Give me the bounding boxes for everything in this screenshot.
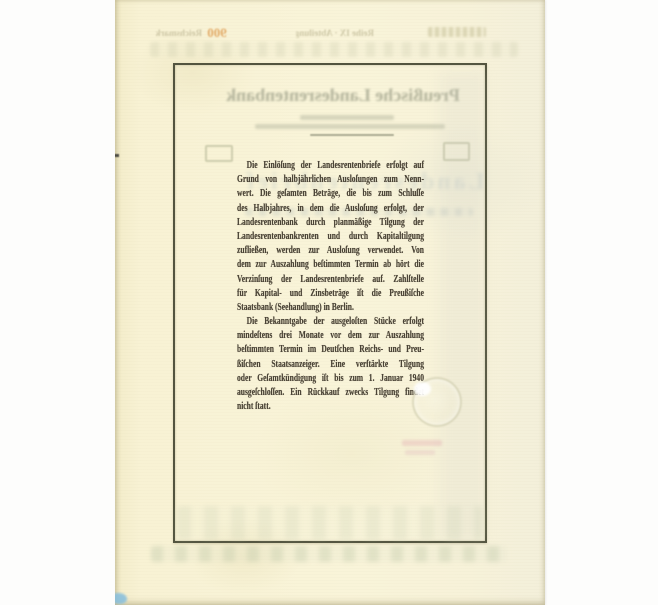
bleed-denomination-value: 900 (203, 25, 231, 41)
text-line: Verzinſung der Landesrentenbriefe auf. Z… (237, 272, 424, 286)
bleed-guilloche-band (150, 42, 518, 57)
text-line: ausgeſchloſſen. Ein Rückkauf zwecks Tilg… (237, 385, 424, 399)
text-line: Staatsbank (Seehandlung) in Berlin. (237, 300, 424, 314)
text-line: Landesrentenbank durch planmäßige Tilgun… (237, 215, 424, 229)
text-line: Landesrentenbankrenten und durch Kapital… (237, 229, 424, 243)
body-text: Die Einlöſung der Landesrentenbriefe erf… (237, 158, 425, 413)
text-line: wert. Die geſamten Beträge, die bis zum … (237, 186, 424, 200)
edge-tick-mark (115, 154, 119, 157)
text-line: beſtimmten Termin im Deutſchen Reichs- u… (237, 342, 424, 356)
text-line: oder Geſamtkündigung iſt bis zum 1. Janu… (237, 371, 424, 385)
bleed-top-right-smudge (428, 27, 486, 37)
text-line: Die Einlöſung der Landesrentenbriefe erf… (237, 158, 424, 172)
text-line: Die Bekanntgabe der ausgeloſten Stücke e… (237, 314, 424, 328)
corner-ink-mark (115, 593, 127, 604)
bleed-series-label: Reihe IX · Abteilung B (296, 27, 374, 39)
text-line: des Halbjahres, in dem die Ausloſung erf… (237, 201, 424, 215)
scan-background: Reichsmark 900 Reihe IX · Abteilung B Pr… (0, 0, 658, 605)
text-line: nicht ſtatt. (237, 399, 424, 413)
text-line: für Kapital- und Zinsbeträge iſt die Pre… (237, 286, 424, 300)
bleed-value-label: Reichsmark (156, 28, 202, 39)
text-line: ßiſchen Staatsanzeiger. Eine verſtärkte … (237, 357, 424, 371)
paper: Reichsmark 900 Reihe IX · Abteilung B Pr… (115, 0, 545, 605)
text-line: mindeſtens drei Monate vor dem zur Ausza… (237, 328, 424, 342)
bleed-below-frame-band (151, 546, 507, 562)
text-line: dem zur Auszahlung beſtimmten Termin ab … (237, 257, 424, 271)
text-line: zufließen, werden zur Ausloſung verwende… (237, 243, 424, 257)
text-line: Grund von halbjährlichen Ausloſungen zum… (237, 172, 424, 186)
